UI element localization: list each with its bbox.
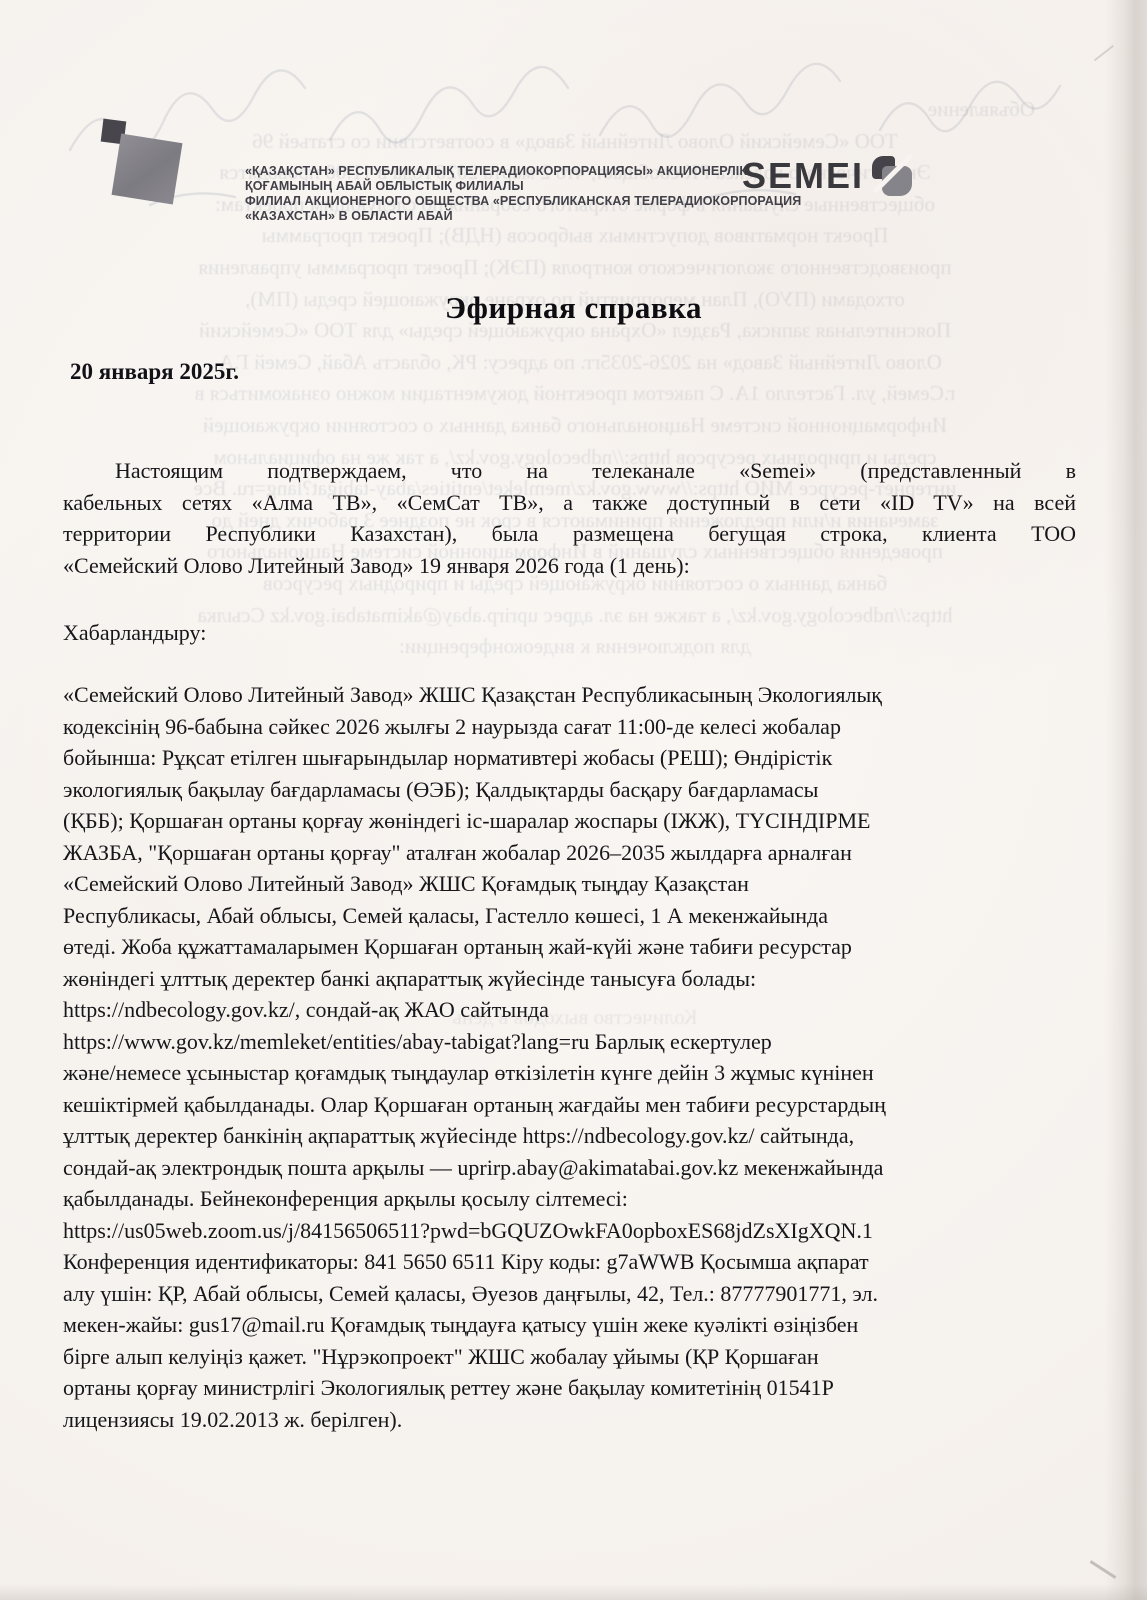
org-line: «КАЗАХСТАН» В ОБЛАСТИ АБАЙ <box>245 209 845 224</box>
paragraph-line: https://www.gov.kz/memleket/entities/aba… <box>63 1026 1076 1058</box>
paragraph-line: мекен-жайы: gus17@mail.ru Қоғамдық тыңда… <box>63 1309 1076 1341</box>
paragraph-line: жөніндегі ұлттық деректер банкі ақпаратт… <box>63 963 1076 995</box>
announcement-label: Хабарландыру: <box>63 617 206 649</box>
scan-bottom-edge-shadow <box>0 1584 1147 1600</box>
paragraph-line: https://us05web.zoom.us/j/84156506511?pw… <box>63 1215 1076 1247</box>
scan-corner-mark-top-right <box>1094 45 1114 61</box>
paragraph-line: ортаны қорғау министрлігі Экологиялық ре… <box>63 1372 1076 1404</box>
paragraph-line: кодексінің 96-бабына сәйкес 2026 жылғы 2… <box>63 711 1076 743</box>
paragraph-line: ЖАЗБА, "Қоршаған ортаны қорғау" аталған … <box>63 837 1076 869</box>
bleedthrough-line: Объявление <box>45 94 1105 126</box>
paragraph-line: қабылданады. Бейнеконференция арқылы қос… <box>63 1183 1076 1215</box>
paragraph-line: өтеді. Жоба құжаттамаларымен Қоршаған ор… <box>63 931 1076 963</box>
org-line: ФИЛИАЛ АКЦИОНЕРНОГО ОБЩЕСТВА «РЕСПУБЛИКА… <box>245 194 845 209</box>
document-title: Эфирная справка <box>0 290 1147 326</box>
paragraph-line: кешіктірмей қабылданады. Олар Қоршаған о… <box>63 1089 1076 1121</box>
paragraph-line: Конференция идентификаторы: 841 5650 651… <box>63 1246 1076 1278</box>
paragraph-line: кабельных сетях «Алма ТВ», «СемСат ТВ», … <box>63 487 1076 519</box>
logo-large-square <box>112 134 183 205</box>
bleedthrough-line: Информационной системе Национального бан… <box>45 410 1105 442</box>
paragraph-line: Настоящим подтверждаем, что на телеканал… <box>63 455 1076 487</box>
paragraph-line: https://ndbecology.gov.kz/, сондай-ақ ЖА… <box>63 994 1076 1026</box>
paragraph-line: сондай-ақ электрондық пошта арқылы — upr… <box>63 1152 1076 1184</box>
confirmation-paragraph: Настоящим подтверждаем, что на телеканал… <box>63 455 1076 581</box>
bleedthrough-line: ТОО «Семейский Олово Литейный Завод» в с… <box>45 126 1105 158</box>
paragraph-line: территории Республики Казахстан), была р… <box>63 518 1076 550</box>
semei-wordmark: SEMEI <box>742 158 864 194</box>
scanned-document-page: ОбъявлениеТОО «Семейский Олово Литейный … <box>0 0 1147 1600</box>
paragraph-line: (ҚББ); Қоршаған ортаны қорғау жөніндегі … <box>63 805 1076 837</box>
paragraph-line: ұлттық деректер банкінің ақпараттық жүйе… <box>63 1120 1076 1152</box>
paragraph-line: бойынша: Рұқсат етілген шығарындылар нор… <box>63 742 1076 774</box>
paragraph-line: «Семейский Олово Литейный Завод» ЖШС Қоғ… <box>63 868 1076 900</box>
bleedthrough-line: Проект нормативов допустимых выбросов (Н… <box>45 220 1105 252</box>
paragraph-line: лицензиясы 19.02.2013 ж. берілген). <box>63 1404 1076 1436</box>
semei-logo: SEMEI <box>742 156 912 196</box>
paragraph-line: экологиялық бақылау бағдарламасы (ӨЭБ); … <box>63 774 1076 806</box>
announcement-paragraph: «Семейский Олово Литейный Завод» ЖШС Қаз… <box>63 679 1076 1435</box>
paragraph-line: «Семейский Олово Литейный Завод» ЖШС Қаз… <box>63 679 1076 711</box>
paragraph-line: бірге алып келуіңіз қажет. "Нұрэкопроект… <box>63 1341 1076 1373</box>
document-date: 20 января 2025г. <box>70 358 239 386</box>
paragraph-line: Республикасы, Абай облысы, Семей қаласы,… <box>63 900 1076 932</box>
bleedthrough-line: производственного экологического контрол… <box>45 252 1105 284</box>
scan-right-edge-shadow <box>1105 0 1147 1600</box>
telecorporation-logo-icon <box>100 118 190 208</box>
paragraph-line: алу үшін: ҚР, Абай облысы, Семей қаласы,… <box>63 1278 1076 1310</box>
scan-corner-mark-bottom-right <box>1090 1560 1117 1579</box>
semei-leaf-icon <box>872 156 912 196</box>
paragraph-line: және/немесе ұсыныстар қоғамдық тыңдаулар… <box>63 1057 1076 1089</box>
paragraph-line: «Семейский Олово Литейный Завод» 19 янва… <box>63 550 1076 582</box>
